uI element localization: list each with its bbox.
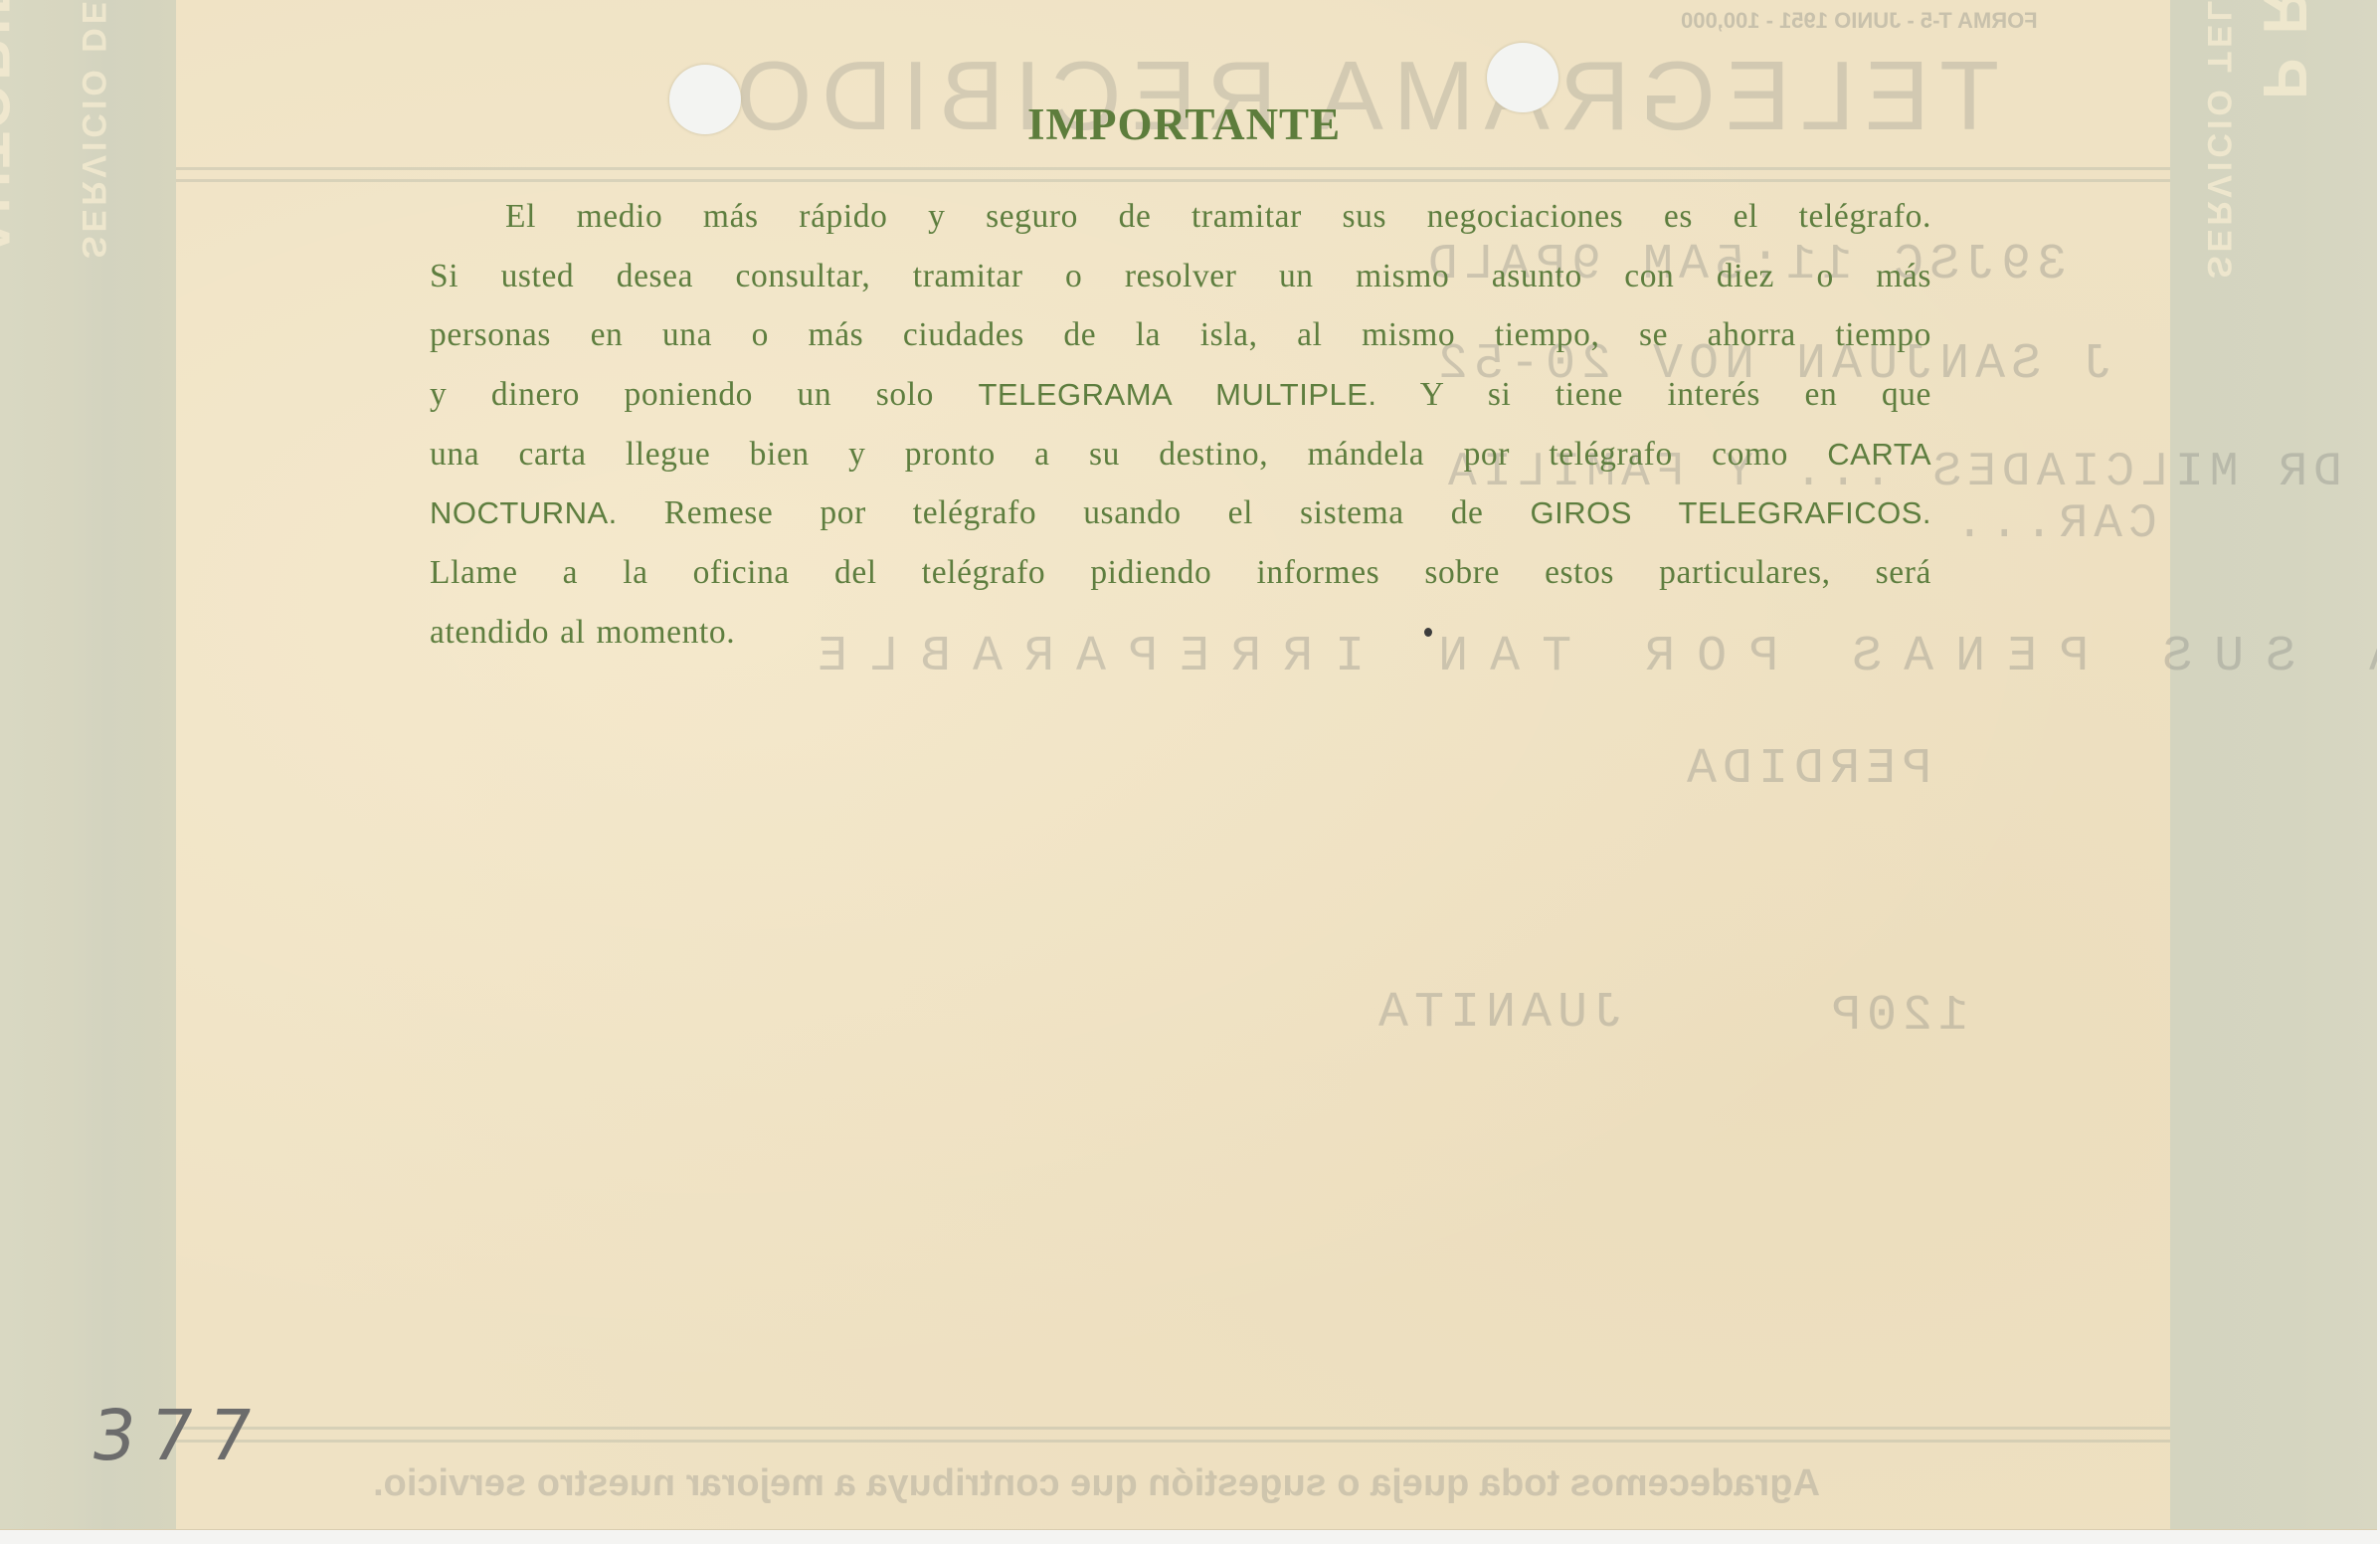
line-text: Y si tiene interés en que [1377, 376, 1931, 413]
right-band-large-text: P R COMMUNICATIONS AUTHORITY [2249, 0, 2319, 99]
ghost-header: TELEGRAMA RECIBIDO [726, 40, 1999, 152]
punch-hole-right [1487, 43, 1558, 112]
ghost-signature: JUANITA [1373, 985, 1623, 1042]
left-band-large-text: AUTORIDAD DE COMUNICACIONES DE P R [0, 0, 22, 259]
line-text: y dinero poniendo un solo [430, 376, 978, 413]
paragraph-line-4: y dinero poniendo un solo TELEGRAMA MULT… [430, 365, 1931, 425]
paragraph-line-5: una carta llegue bien y pronto a su dest… [430, 425, 1931, 484]
right-margin-band: P R COMMUNICATIONS AUTHORITY SERVICIO TE… [2170, 0, 2377, 1529]
paragraph-line-8: atendido al momento. [430, 603, 1931, 663]
document-title: IMPORTANTE [1027, 100, 1331, 148]
ghost-message2: PERDIDA [1681, 741, 1931, 798]
line-text: una carta llegue bien y pronto a su dest… [430, 436, 1827, 473]
ink-speck [1424, 628, 1432, 637]
paragraph-line-6: NOCTURNA. Remese por telégrafo usando el… [430, 483, 1931, 543]
paragraph-line-7: Llame a la oficina del telégrafo pidiend… [430, 543, 1931, 603]
telegram-card: SERVICIO DE TELEGRAFOS AUTORIDAD DE COMU… [0, 0, 2377, 1530]
emphasis-telegrama-multiple: TELEGRAMA MULTIPLE. [978, 377, 1376, 412]
paragraph-line-3: personas en una o más ciudades de la isl… [430, 305, 1931, 365]
paragraph-line-1: El medio más rápido y seguro de tramitar… [430, 187, 1931, 247]
emphasis-carta: CARTA [1827, 437, 1931, 472]
ghost-line4: CAR... [1949, 497, 2157, 551]
left-band-small-text: SERVICIO DE TELEGRAFOS [74, 0, 112, 259]
handwritten-page-number: 377 [86, 1395, 272, 1476]
emphasis-nocturna: NOCTURNA. [430, 495, 618, 530]
bottom-rule-1 [176, 1427, 2170, 1430]
scanned-document: SERVICIO DE TELEGRAFOS AUTORIDAD DE COMU… [0, 0, 2380, 1544]
ghost-footer: Agradecemos toda queja o sugestión que c… [373, 1462, 1820, 1505]
ghost-form-code: FORMA T-5 - JUNIO 1951 - 100,000 [1681, 8, 2038, 34]
line-text: Remese por telégrafo usando el sistema d… [618, 494, 1531, 531]
bottom-rule-2 [176, 1440, 2170, 1443]
punch-hole-left [669, 65, 741, 134]
left-margin-band: SERVICIO DE TELEGRAFOS AUTORIDAD DE COMU… [0, 0, 176, 1529]
top-rule-2 [176, 179, 2170, 182]
top-rule-1 [176, 167, 2170, 170]
paragraph-line-2: Si usted desea consultar, tramitar o res… [430, 247, 1931, 306]
notice-paragraph: El medio más rápido y seguro de tramitar… [430, 187, 1931, 663]
right-band-small-text: SERVICIO TELEGRAFICO [2199, 0, 2238, 279]
emphasis-giros-telegraficos: GIROS TELEGRAFICOS. [1531, 495, 1932, 530]
ghost-time: 120P [1825, 988, 1968, 1045]
